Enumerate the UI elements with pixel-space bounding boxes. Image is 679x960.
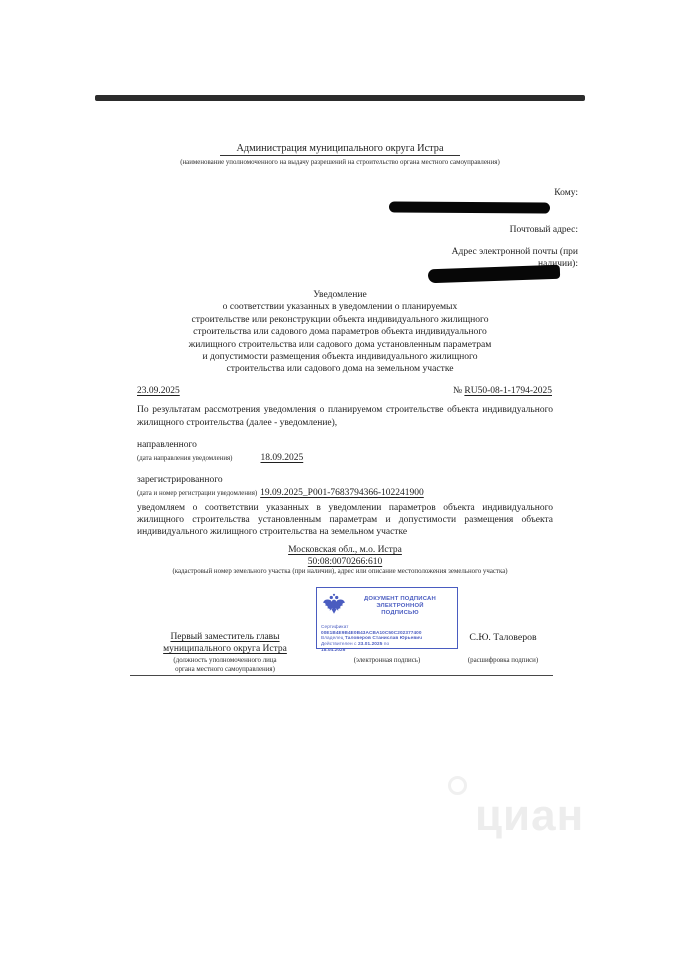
cian-watermark: циан [448, 780, 584, 838]
subject-line: Уведомление [95, 289, 585, 301]
subject-line: о соответствии указанных в уведомлении о… [95, 301, 585, 313]
document-header: Администрация муниципального округа Истр… [95, 138, 585, 168]
subject-line: жилищного строительства или садового дом… [95, 339, 585, 351]
signer-position-caption: (должность уполномоченного лица органа м… [137, 657, 313, 674]
subject-line: строительстве или реконструкции объекта … [95, 314, 585, 326]
document-page: Администрация муниципального округа Истр… [0, 0, 679, 960]
paragraph-conclusion: уведомляем о соответствии указанных в ув… [137, 502, 553, 538]
location-region: Московская обл., м.о. Истра [137, 544, 553, 556]
signer-position: Первый заместитель главы муниципального … [137, 631, 313, 655]
sent-label: направленного [137, 439, 197, 451]
sent-caption: (дата направления уведомления) [137, 455, 232, 464]
electronic-signature-stamp: ДОКУМЕНТ ПОДПИСАН ЭЛЕКТРОННОЙ ПОДПИСЬЮ С… [316, 587, 458, 649]
email-label-line1: Адрес электронной почты (при [452, 246, 578, 258]
paragraph-result: По результатам рассмотрения уведомления … [137, 404, 553, 429]
number-sign: № [453, 386, 462, 396]
stamp-header: ДОКУМЕНТ ПОДПИСАН ЭЛЕКТРОННОЙ ПОДПИСЬЮ [321, 591, 453, 622]
signature-divider-line [130, 675, 553, 676]
subject-line: строительства или садового дома параметр… [95, 326, 585, 338]
document-number: № RU50-08-1-1794-2025 [453, 385, 552, 397]
registration-number-value: 19.09.2025_P001-7683794366-102241900 [260, 487, 424, 499]
certificate-validity-end: 18.04.2026 [321, 647, 453, 653]
watermark-text: циан [475, 794, 584, 838]
sent-field-row: (дата направления уведомления) 18.09.202… [137, 452, 303, 464]
location-caption: (кадастровый номер земельного участка (п… [95, 568, 585, 577]
stamp-title: ДОКУМЕНТ ПОДПИСАН ЭЛЕКТРОННОЙ ПОДПИСЬЮ [347, 596, 453, 617]
registered-field-row: (дата и номер регистрации уведомления) 1… [137, 487, 424, 499]
cadastral-number: 50:08:0070266:610 [137, 556, 553, 568]
cian-pin-icon [448, 776, 467, 795]
to-label: Кому: [554, 187, 578, 199]
registered-caption: (дата и номер регистрации уведомления) [137, 490, 257, 499]
document-subject: Уведомление о соответствии указанных в у… [95, 289, 585, 376]
subject-line: строительства или садового дома на земел… [95, 363, 585, 375]
esignature-caption: (электронная подпись) [316, 657, 458, 666]
redacted-addressee-name [389, 201, 550, 213]
signer-name: С.Ю. Таловеров [447, 632, 559, 643]
signer-name-caption: (расшифровка подписи) [441, 657, 565, 666]
sent-date-value: 18.09.2025 [260, 452, 303, 464]
scan-top-edge-bar [95, 95, 585, 101]
date-number-row: 23.09.2025 № RU50-08-1-1794-2025 [137, 385, 552, 397]
organization-caption: (наименование уполномоченного на выдачу … [95, 159, 585, 168]
redacted-email [428, 265, 560, 284]
registered-label: зарегистрированного [137, 474, 223, 486]
coat-of-arms-icon [321, 591, 347, 622]
document-date: 23.09.2025 [137, 385, 180, 397]
postal-address-label: Почтовый адрес: [510, 224, 578, 236]
subject-line: и допустимости размещения объекта индиви… [95, 351, 585, 363]
number-value: RU50-08-1-1794-2025 [464, 386, 552, 396]
organization-name: Администрация муниципального округа Истр… [220, 143, 459, 156]
